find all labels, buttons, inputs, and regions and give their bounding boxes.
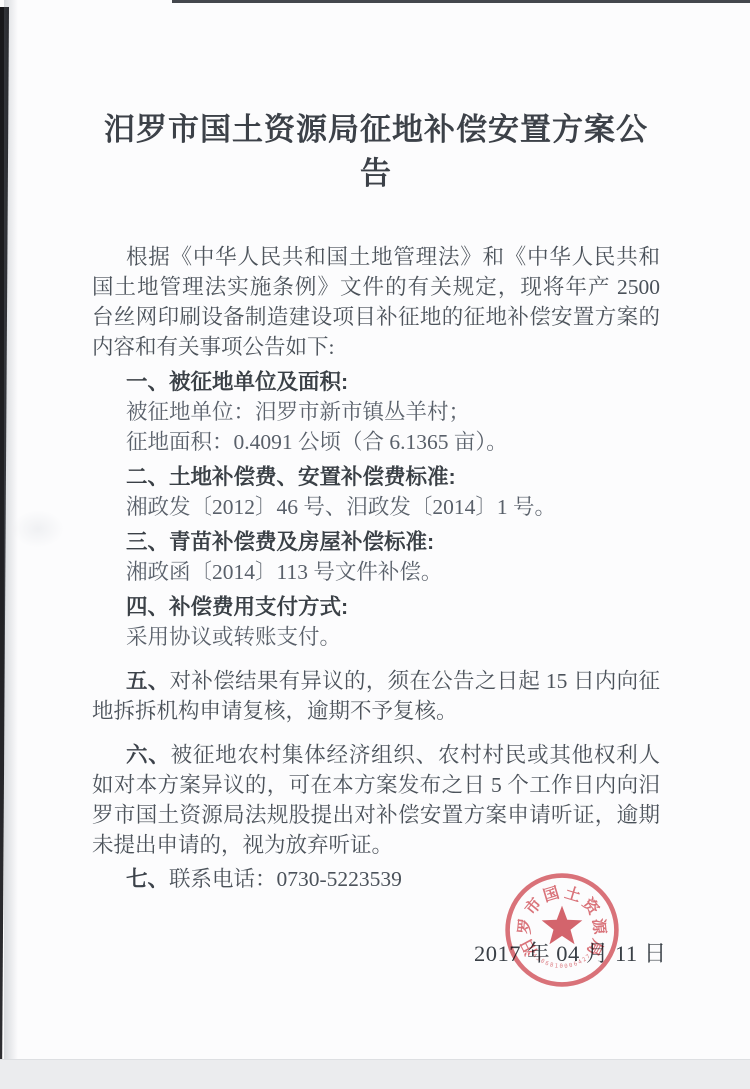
paragraph: 征地面积：0.4091 公顷（合 6.1365 亩）。 <box>92 427 660 457</box>
svg-text:国: 国 <box>541 883 562 906</box>
document-body: 汨罗市国土资源局征地补偿安置方案公告 根据《中华人民共和国土地管理法》和《中华人… <box>92 108 660 894</box>
paragraph: 根据《中华人民共和国土地管理法》和《中华人民共和国土地管理法实施条例》文件的有关… <box>92 242 660 362</box>
paragraph: 湘政函〔2014〕113 号文件补偿。 <box>92 557 660 587</box>
paragraph: 湘政发〔2012〕46 号、汨政发〔2014〕1 号。 <box>92 492 660 522</box>
scan-smudge-artifact <box>12 510 64 548</box>
paragraph-lead: 六、 <box>126 743 171 767</box>
paragraph-lead: 五、 <box>126 669 170 693</box>
seal-serial-number: 4306810006427 <box>531 953 593 970</box>
scan-top-edge-artifact <box>172 0 750 3</box>
paragraph: 三、青苗补偿费及房屋补偿标准: <box>92 527 660 557</box>
paragraph-lead: 七、 <box>126 867 169 891</box>
scanned-document-page: 汨罗市国土资源局征地补偿安置方案公告 根据《中华人民共和国土地管理法》和《中华人… <box>0 0 750 1089</box>
svg-text:市: 市 <box>521 894 546 918</box>
paragraph: 被征地单位：汨罗市新市镇丛羊村； <box>92 397 660 427</box>
paragraph: 一、被征地单位及面积: <box>92 367 660 397</box>
paragraph: 二、土地补偿费、安置补偿费标准: <box>92 462 660 492</box>
paragraph: 四、补偿费用支付方式: <box>92 592 660 622</box>
official-seal: 汨罗市国土资源局 4306810006427 <box>502 870 622 990</box>
paragraph: 采用协议或转账支付。 <box>92 622 660 652</box>
paragraph: 五、对补偿结果有异议的，须在公告之日起 15 日内向征地拆拆机构申请复核，逾期不… <box>92 666 660 726</box>
paragraph-list: 根据《中华人民共和国土地管理法》和《中华人民共和国土地管理法实施条例》文件的有关… <box>92 242 660 894</box>
svg-text:土: 土 <box>563 884 584 906</box>
document-title: 汨罗市国土资源局征地补偿安置方案公告 <box>92 108 660 196</box>
scan-bottom-band-artifact <box>0 1059 750 1089</box>
svg-text:罗: 罗 <box>514 917 534 935</box>
seal-star-icon <box>542 906 583 945</box>
svg-text:源: 源 <box>589 917 609 935</box>
paragraph: 六、被征地农村集体经济组织、农村村民或其他权利人如对本方案异议的，可在本方案发布… <box>92 740 660 860</box>
svg-text:资: 资 <box>579 894 604 919</box>
